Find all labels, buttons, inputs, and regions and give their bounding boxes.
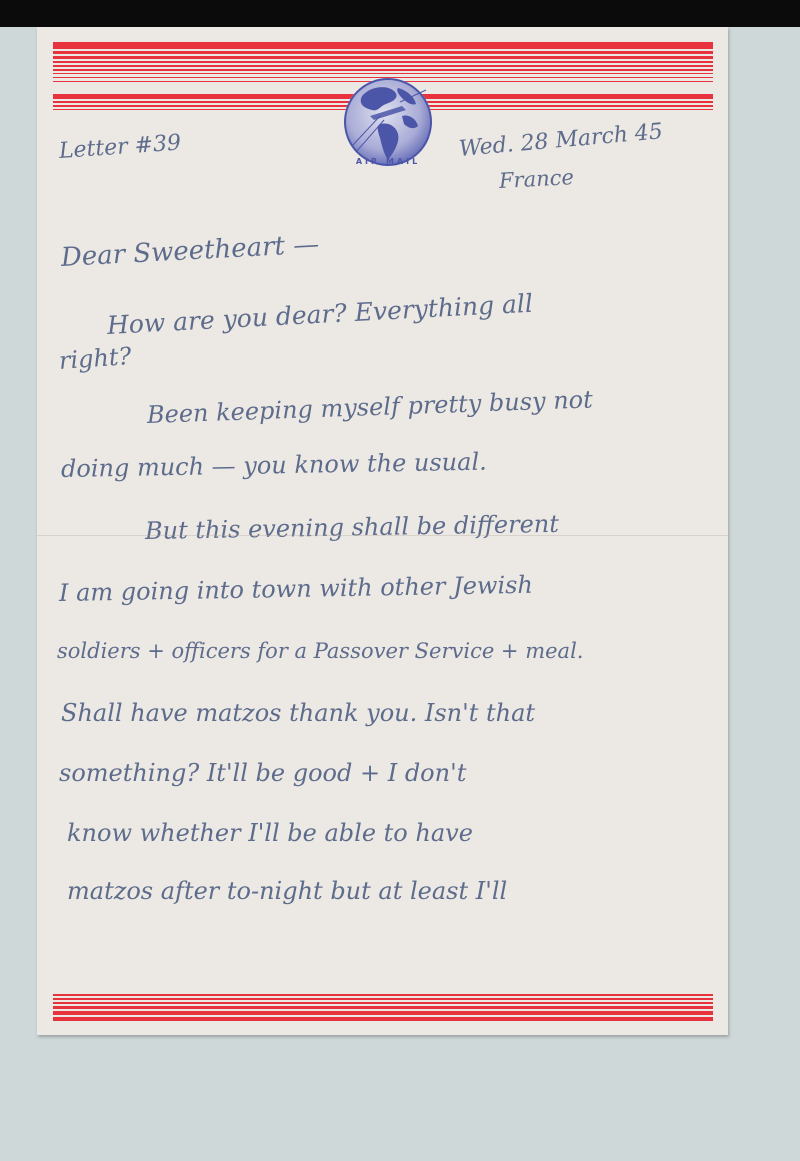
airmail-emblem: AIR MAIL: [340, 76, 436, 196]
globe-icon: [340, 76, 436, 168]
letter-line: matzos after to-night but at least I'll: [67, 877, 507, 905]
airmail-letter-page: AIR MAIL Letter #39 Wed. 28 March 45 Fra…: [37, 27, 728, 1035]
letter-line: How are you dear? Everything all: [106, 289, 533, 340]
letter-line: I am going into town with other Jewish: [59, 571, 533, 607]
letter-line: Shall have matzos thank you. Isn't that: [61, 699, 535, 727]
salutation: Dear Sweetheart —: [60, 229, 320, 272]
paper-fold-line: [37, 535, 728, 536]
letter-line: Been keeping myself pretty busy not: [147, 385, 594, 429]
letter-number: Letter #39: [58, 131, 182, 164]
letter-line: doing much — you know the usual.: [61, 448, 487, 483]
letter-date: Wed. 28 March 45: [458, 119, 664, 162]
letter-line: soldiers + officers for a Passover Servi…: [57, 639, 583, 663]
letter-line: But this evening shall be different: [145, 510, 559, 545]
letter-place: France: [498, 165, 574, 193]
letter-line: right?: [58, 342, 132, 375]
airmail-label: AIR MAIL: [340, 157, 436, 166]
letter-line: know whether I'll be able to have: [67, 819, 473, 847]
letter-line: something? It'll be good + I don't: [59, 759, 466, 787]
letterhead-bottom-stripes: [53, 994, 713, 1022]
scanner-top-bar: [0, 0, 800, 27]
